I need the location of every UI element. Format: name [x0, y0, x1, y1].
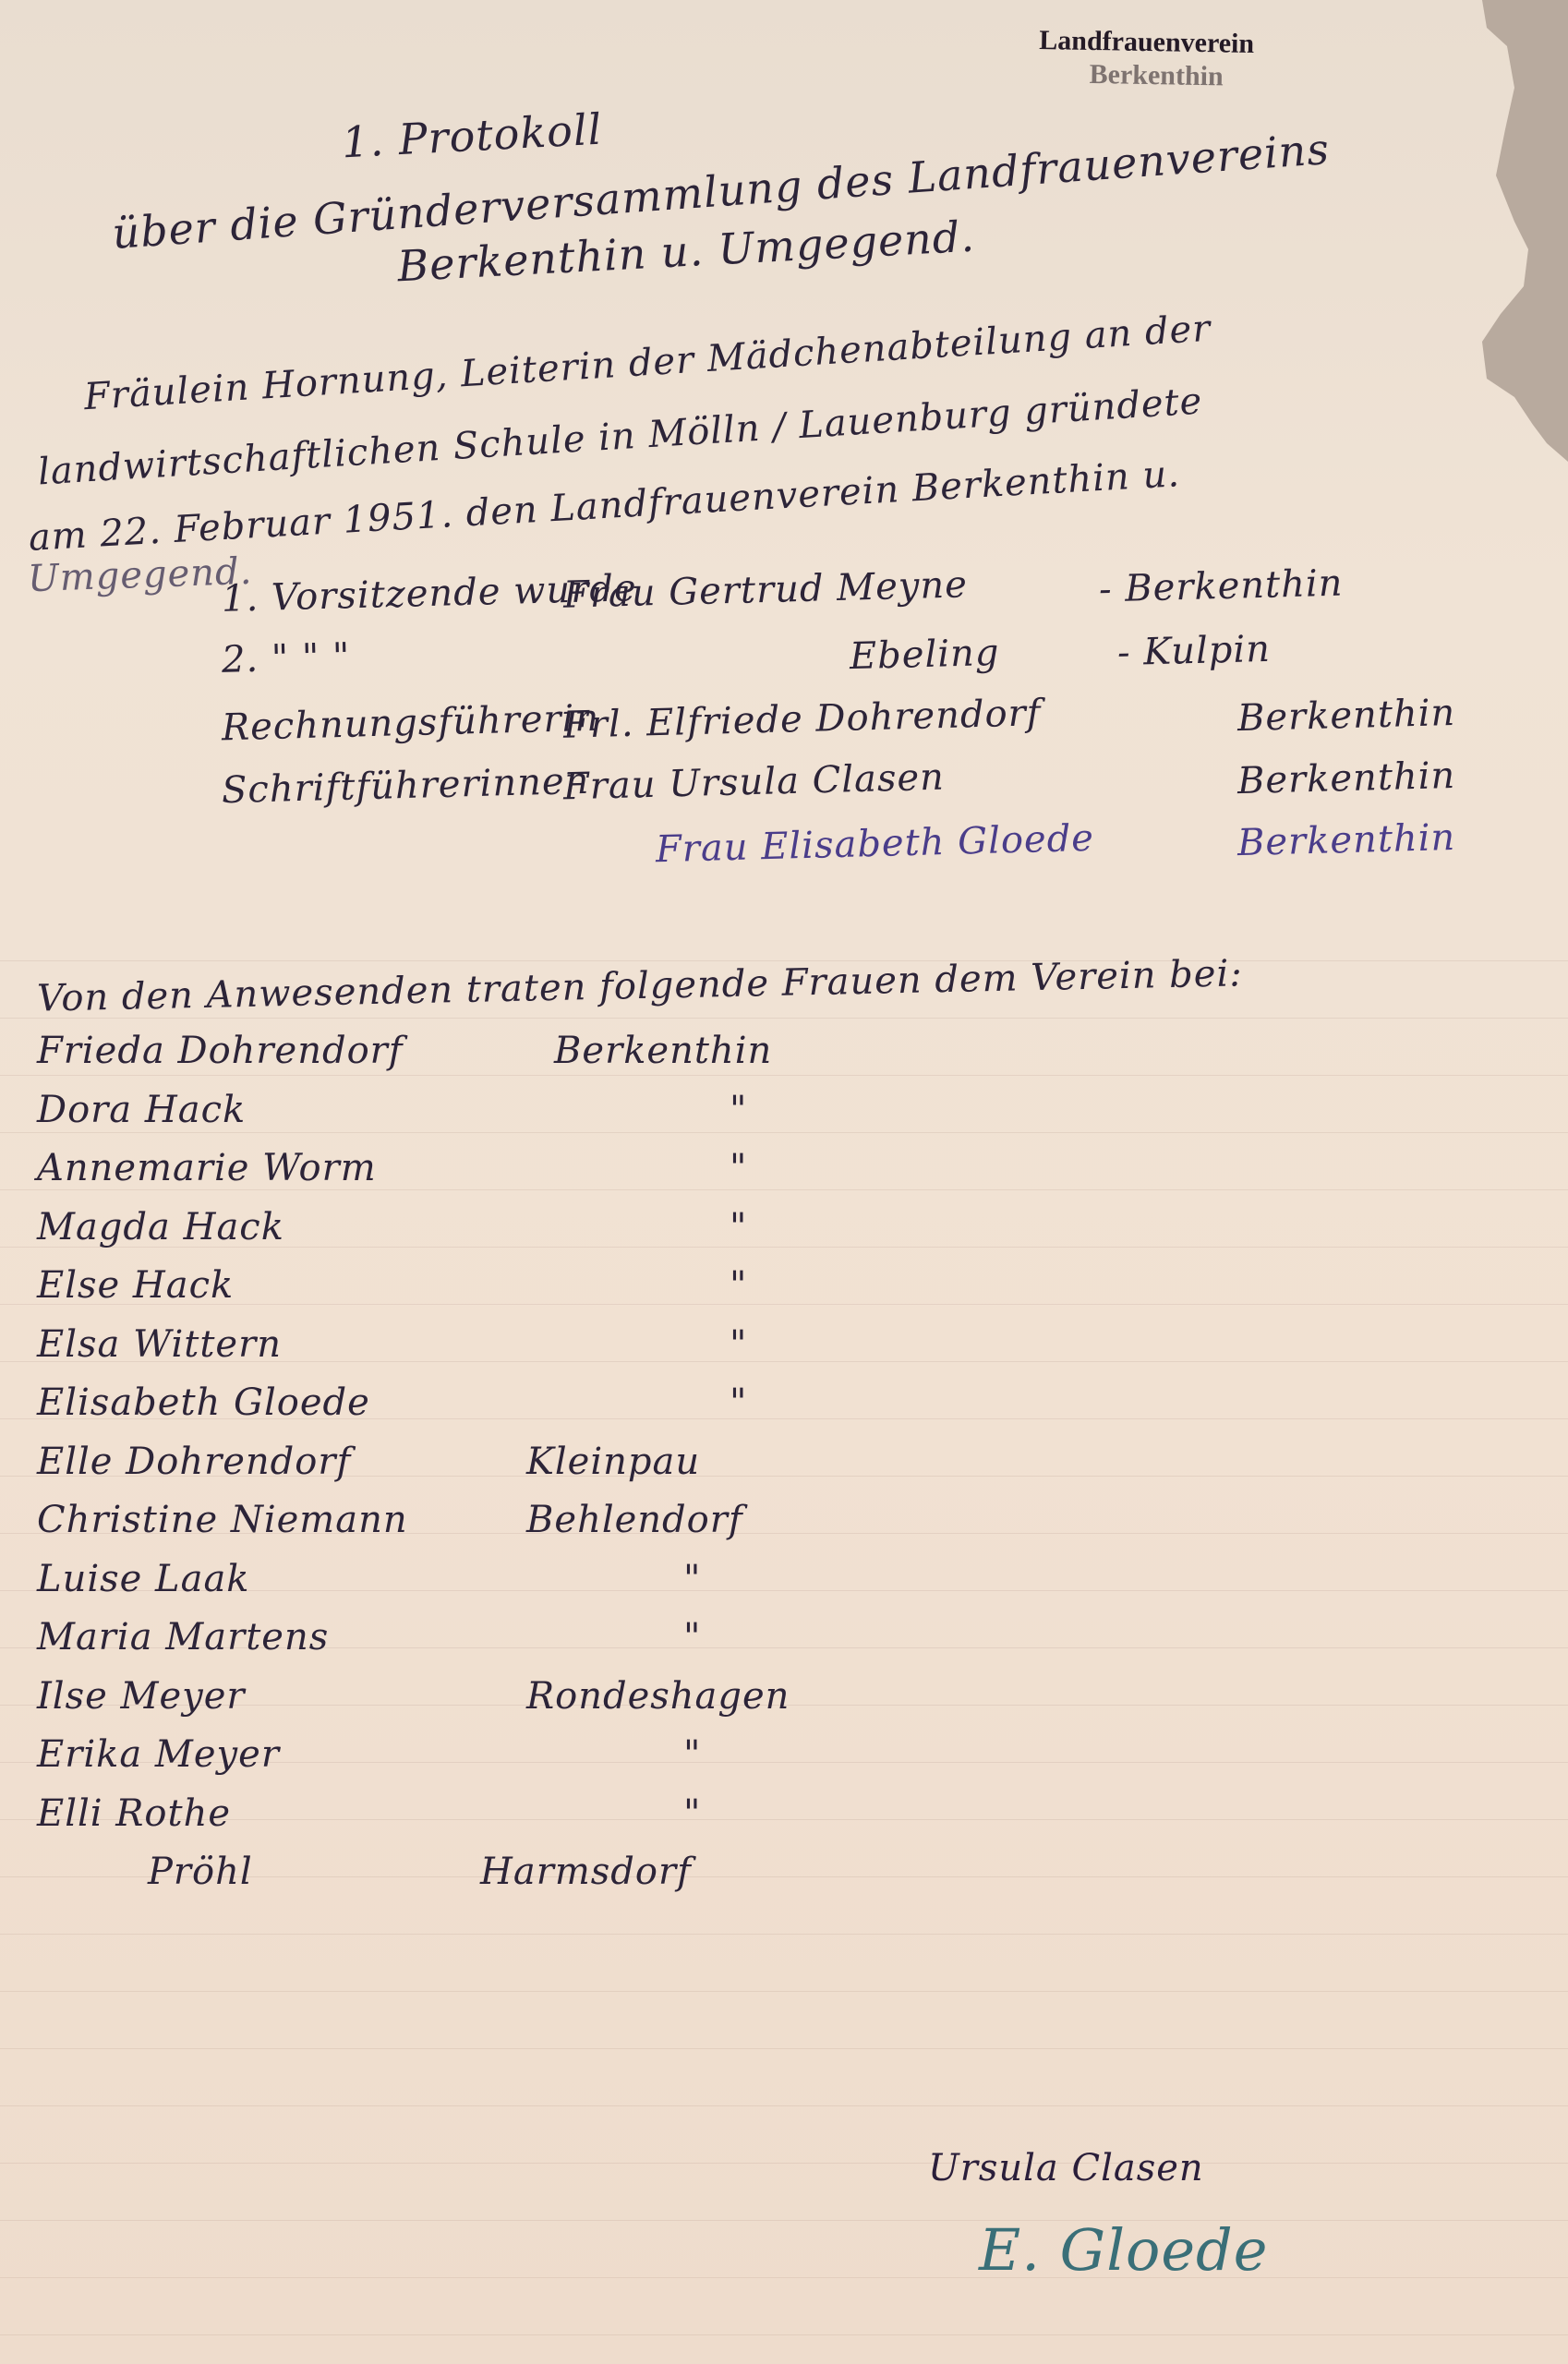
member-place: " [683, 1733, 701, 1776]
member-place: " [730, 1323, 747, 1366]
member-place: Harmsdorf [480, 1851, 692, 1893]
member-name: Ilse Meyer [37, 1675, 246, 1718]
ruled-line [0, 1189, 1568, 1190]
board-place: - Berkenthin [1098, 562, 1344, 611]
ruled-line [0, 1075, 1568, 1076]
member-name: Elsa Wittern [37, 1323, 282, 1366]
board-name: Ebeling [849, 632, 1000, 678]
member-place: " [730, 1381, 747, 1424]
intro-line: Umgegend. [27, 550, 253, 600]
member-name: Christine Niemann [37, 1499, 408, 1541]
board-place: Berkenthin [1236, 816, 1455, 864]
member-name: Dora Hack [37, 1089, 246, 1131]
member-name: Luise Laak [37, 1558, 250, 1600]
board-role: 2. " " " [221, 635, 351, 681]
board-place: Berkenthin [1236, 692, 1455, 740]
member-place: " [683, 1558, 701, 1600]
signature-gloede: E. Gloede [979, 2216, 1268, 2284]
ruled-line [0, 2048, 1568, 2049]
ruled-line [0, 2334, 1568, 2335]
member-place: Behlendorf [526, 1499, 743, 1541]
stamp-line-2: Berkenthin [1089, 58, 1253, 94]
member-name: Erika Meyer [37, 1733, 280, 1776]
member-name: Pröhl [148, 1851, 253, 1893]
member-place: " [730, 1264, 747, 1307]
member-name: Else Hack [37, 1264, 234, 1307]
ruled-line [0, 1304, 1568, 1305]
member-place: " [730, 1206, 747, 1248]
ruled-line [0, 1991, 1568, 1992]
ruled-line [0, 1018, 1568, 1019]
ruled-line [0, 1934, 1568, 1935]
member-name: Magda Hack [37, 1206, 284, 1248]
member-name: Elli Rothe [37, 1792, 231, 1835]
member-name: Maria Martens [37, 1616, 329, 1658]
ruled-line [0, 1819, 1568, 1820]
member-place: " [683, 1616, 701, 1658]
member-place: Rondeshagen [526, 1675, 790, 1718]
member-place: Berkenthin [554, 1030, 772, 1072]
signature-clasen: Ursula Clasen [928, 2147, 1204, 2189]
member-name: Frieda Dohrendorf [37, 1030, 404, 1072]
member-name: Annemarie Worm [37, 1147, 377, 1189]
member-place: Kleinpau [526, 1441, 700, 1483]
member-name: Elisabeth Gloede [37, 1381, 370, 1424]
stamp-line-1: Landfrauenverein [1039, 25, 1254, 59]
ruled-line [0, 1132, 1568, 1133]
member-place: " [730, 1147, 747, 1189]
board-place: - Kulpin [1116, 628, 1271, 674]
member-name: Elle Dohrendorf [37, 1441, 351, 1483]
member-place: " [683, 1792, 701, 1835]
ruled-line [0, 2277, 1568, 2278]
association-stamp: Landfrauenverein Berkenthin [1038, 24, 1254, 94]
board-place: Berkenthin [1236, 754, 1455, 802]
member-place: " [730, 1089, 747, 1131]
ruled-line [0, 2220, 1568, 2221]
ruled-line [0, 2163, 1568, 2164]
ruled-line [0, 2105, 1568, 2106]
